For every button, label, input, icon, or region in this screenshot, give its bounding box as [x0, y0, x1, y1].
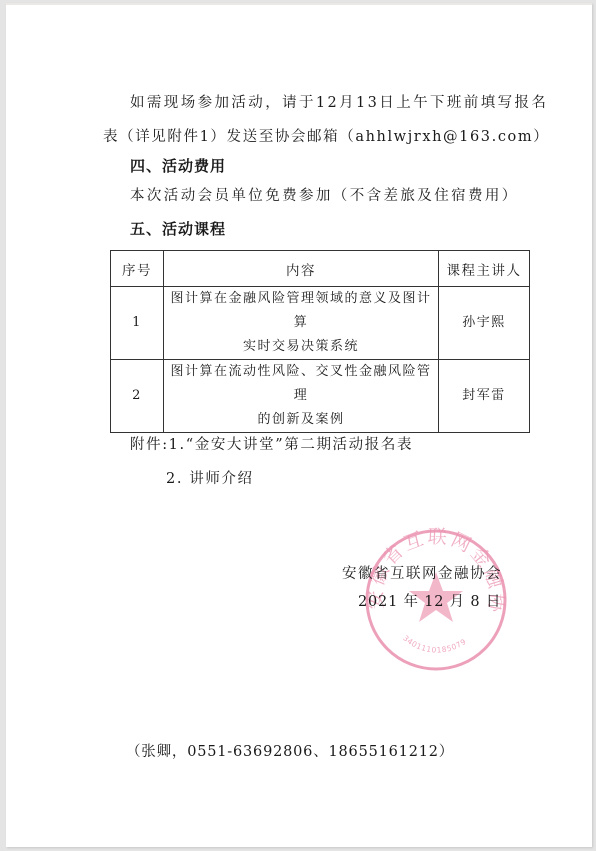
row-number: 1	[111, 287, 164, 360]
course-table: 序号 内容 课程主讲人 1 图计算在金融风险管理领域的意义及图计算 实时交易决策…	[110, 250, 530, 433]
row-number: 2	[111, 360, 164, 433]
registration-line-2: 表（详见附件1）发送至协会邮箱（ahhlwjrxh@163.com）	[103, 125, 549, 146]
row-content-line-1: 图计算在金融风险管理领域的意义及图计算	[168, 287, 434, 335]
contact-info: （张卿，0551-63692806、18655161212）	[126, 740, 454, 761]
table-row: 2 图计算在流动性风险、交叉性金融风险管理 的创新及案例 封军雷	[111, 360, 530, 433]
header-content: 内容	[164, 251, 439, 287]
row-content-line-2: 实时交易决策系统	[168, 335, 434, 359]
attachment-line-1: 附件:1.“金安大讲堂”第二期活动报名表	[130, 433, 413, 454]
section-4-body: 本次活动会员单位免费参加（不含差旅及住宿费用）	[130, 184, 519, 205]
section-4-heading: 四、活动费用	[130, 155, 226, 176]
header-number: 序号	[111, 251, 164, 287]
row-content-line-2: 的创新及案例	[168, 408, 434, 432]
signature-date: 2021 年 12 月 8 日	[358, 590, 501, 611]
table-row: 1 图计算在金融风险管理领域的意义及图计算 实时交易决策系统 孙宇熙	[111, 287, 530, 360]
row-speaker: 封军雷	[439, 360, 530, 433]
header-speaker: 课程主讲人	[439, 251, 530, 287]
row-speaker: 孙宇熙	[439, 287, 530, 360]
table-header-row: 序号 内容 课程主讲人	[111, 251, 530, 287]
signature-organization: 安徽省互联网金融协会	[342, 562, 502, 583]
section-5-heading: 五、活动课程	[130, 218, 226, 239]
document-page: 如需现场参加活动，请于12月13日上午下班前填写报名 表（详见附件1）发送至协会…	[6, 3, 592, 847]
attachment-line-2: 2. 讲师介绍	[166, 467, 254, 488]
registration-line-1: 如需现场参加活动，请于12月13日上午下班前填写报名	[130, 91, 548, 112]
row-content: 图计算在金融风险管理领域的意义及图计算 实时交易决策系统	[164, 287, 439, 360]
row-content-line-1: 图计算在流动性风险、交叉性金融风险管理	[168, 360, 434, 408]
row-content: 图计算在流动性风险、交叉性金融风险管理 的创新及案例	[164, 360, 439, 433]
svg-text:3401110185079: 3401110185079	[401, 633, 468, 654]
